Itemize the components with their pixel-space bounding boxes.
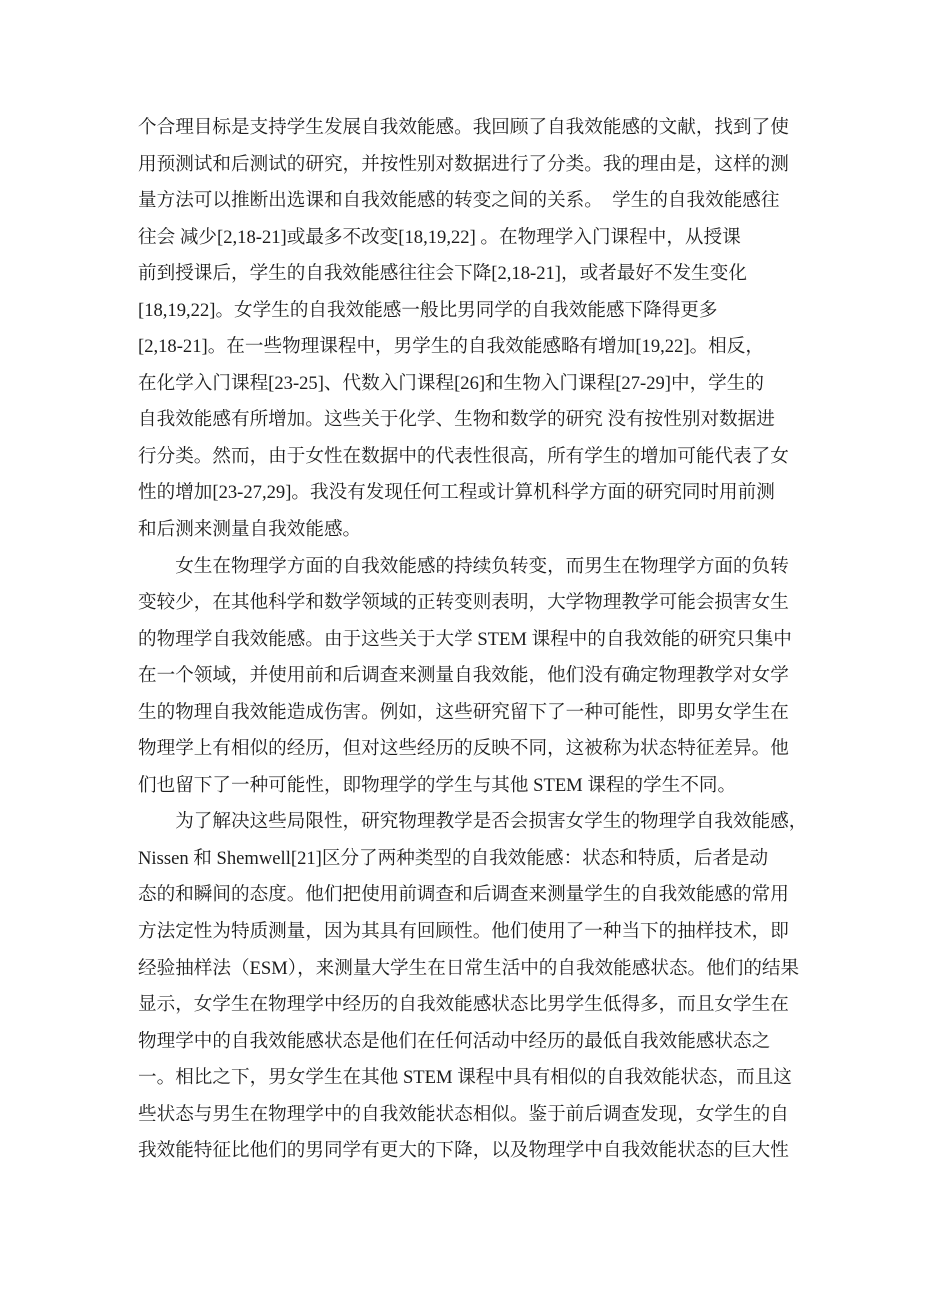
text-line: 态的和瞬间的态度。他们把使用前调查和后调查来测量学生的自我效能感的常用 xyxy=(138,877,810,914)
text-line: 自我效能感有所增加。这些关于化学、生物和数学的研究 没有按性别对数据进 xyxy=(138,402,810,439)
text-line: 物理学上有相似的经历，但对这些经历的反映不同，这被称为状态特征差异。他 xyxy=(138,731,810,768)
text-line: 些状态与男生在物理学中的自我效能状态相似。鉴于前后调查发现，女学生的自 xyxy=(138,1097,810,1134)
text-line: 显示，女学生在物理学中经历的自我效能感状态比男学生低得多，而且女学生在 xyxy=(138,987,810,1024)
text-line: 的物理学自我效能感。由于这些关于大学 STEM 课程中的自我效能的研究只集中 xyxy=(138,622,810,659)
text-line: 经验抽样法（ESM），来测量大学生在日常生活中的自我效能感状态。他们的结果 xyxy=(138,951,810,988)
text-line: Nissen 和 Shemwell[21]区分了两种类型的自我效能感：状态和特质… xyxy=(138,841,810,878)
text-line: 为了解决这些局限性，研究物理教学是否会损害女学生的物理学自我效能感， xyxy=(138,804,810,841)
text-line: 和后测来测量自我效能感。 xyxy=(138,512,810,549)
paragraph-1: 个合理目标是支持学生发展自我效能感。我回顾了自我效能感的文献，找到了使 用预测试… xyxy=(138,110,810,549)
text-line: 一。相比之下，男女学生在其他 STEM 课程中具有相似的自我效能状态，而且这 xyxy=(138,1060,810,1097)
text-line: 我效能特征比他们的男同学有更大的下降，以及物理学中自我效能状态的巨大性 xyxy=(138,1133,810,1170)
text-line: 个合理目标是支持学生发展自我效能感。我回顾了自我效能感的文献，找到了使 xyxy=(138,110,810,147)
text-line: 量方法可以推断出选课和自我效能感的转变之间的关系。 学生的自我效能感往 xyxy=(138,183,810,220)
text-line: 在化学入门课程[23-25]、代数入门课程[26]和生物入门课程[27-29]中… xyxy=(138,366,810,403)
text-line: 前到授课后，学生的自我效能感往往会下降[2,18-21]，或者最好不发生变化 xyxy=(138,256,810,293)
text-line: 方法定性为特质测量，因为其具有回顾性。他们使用了一种当下的抽样技术，即 xyxy=(138,914,810,951)
text-line: 变较少，在其他科学和数学领域的正转变则表明，大学物理教学可能会损害女生 xyxy=(138,585,810,622)
text-line: 性的增加[23-27,29]。我没有发现任何工程或计算机科学方面的研究同时用前测 xyxy=(138,475,810,512)
text-line: 往会 减少[2,18-21]或最多不改变[18,19,22] 。在物理学入门课程… xyxy=(138,220,810,257)
text-line: 行分类。然而，由于女性在数据中的代表性很高，所有学生的增加可能代表了女 xyxy=(138,439,810,476)
text-line: [18,19,22]。女学生的自我效能感一般比男同学的自我效能感下降得更多 xyxy=(138,293,810,330)
text-line: 生的物理自我效能造成伤害。例如，这些研究留下了一种可能性，即男女学生在 xyxy=(138,695,810,732)
text-line: 用预测试和后测试的研究，并按性别对数据进行了分类。我的理由是，这样的测 xyxy=(138,147,810,184)
text-line: 物理学中的自我效能感状态是他们在任何活动中经历的最低自我效能感状态之 xyxy=(138,1024,810,1061)
paragraph-3: 为了解决这些局限性，研究物理教学是否会损害女学生的物理学自我效能感， Nisse… xyxy=(138,804,810,1169)
text-line: 在一个领域，并使用前和后调查来测量自我效能，他们没有确定物理教学对女学 xyxy=(138,658,810,695)
text-line: 们也留下了一种可能性，即物理学的学生与其他 STEM 课程的学生不同。 xyxy=(138,768,810,805)
text-line: 女生在物理学方面的自我效能感的持续负转变，而男生在物理学方面的负转 xyxy=(138,549,810,586)
text-line: [2,18-21]。在一些物理课程中，男学生的自我效能感略有增加[19,22]。… xyxy=(138,329,810,366)
document-page: 个合理目标是支持学生发展自我效能感。我回顾了自我效能感的文献，找到了使 用预测试… xyxy=(0,0,926,1309)
paragraph-2: 女生在物理学方面的自我效能感的持续负转变，而男生在物理学方面的负转 变较少，在其… xyxy=(138,549,810,805)
page-text-block: 个合理目标是支持学生发展自我效能感。我回顾了自我效能感的文献，找到了使 用预测试… xyxy=(138,110,810,1170)
